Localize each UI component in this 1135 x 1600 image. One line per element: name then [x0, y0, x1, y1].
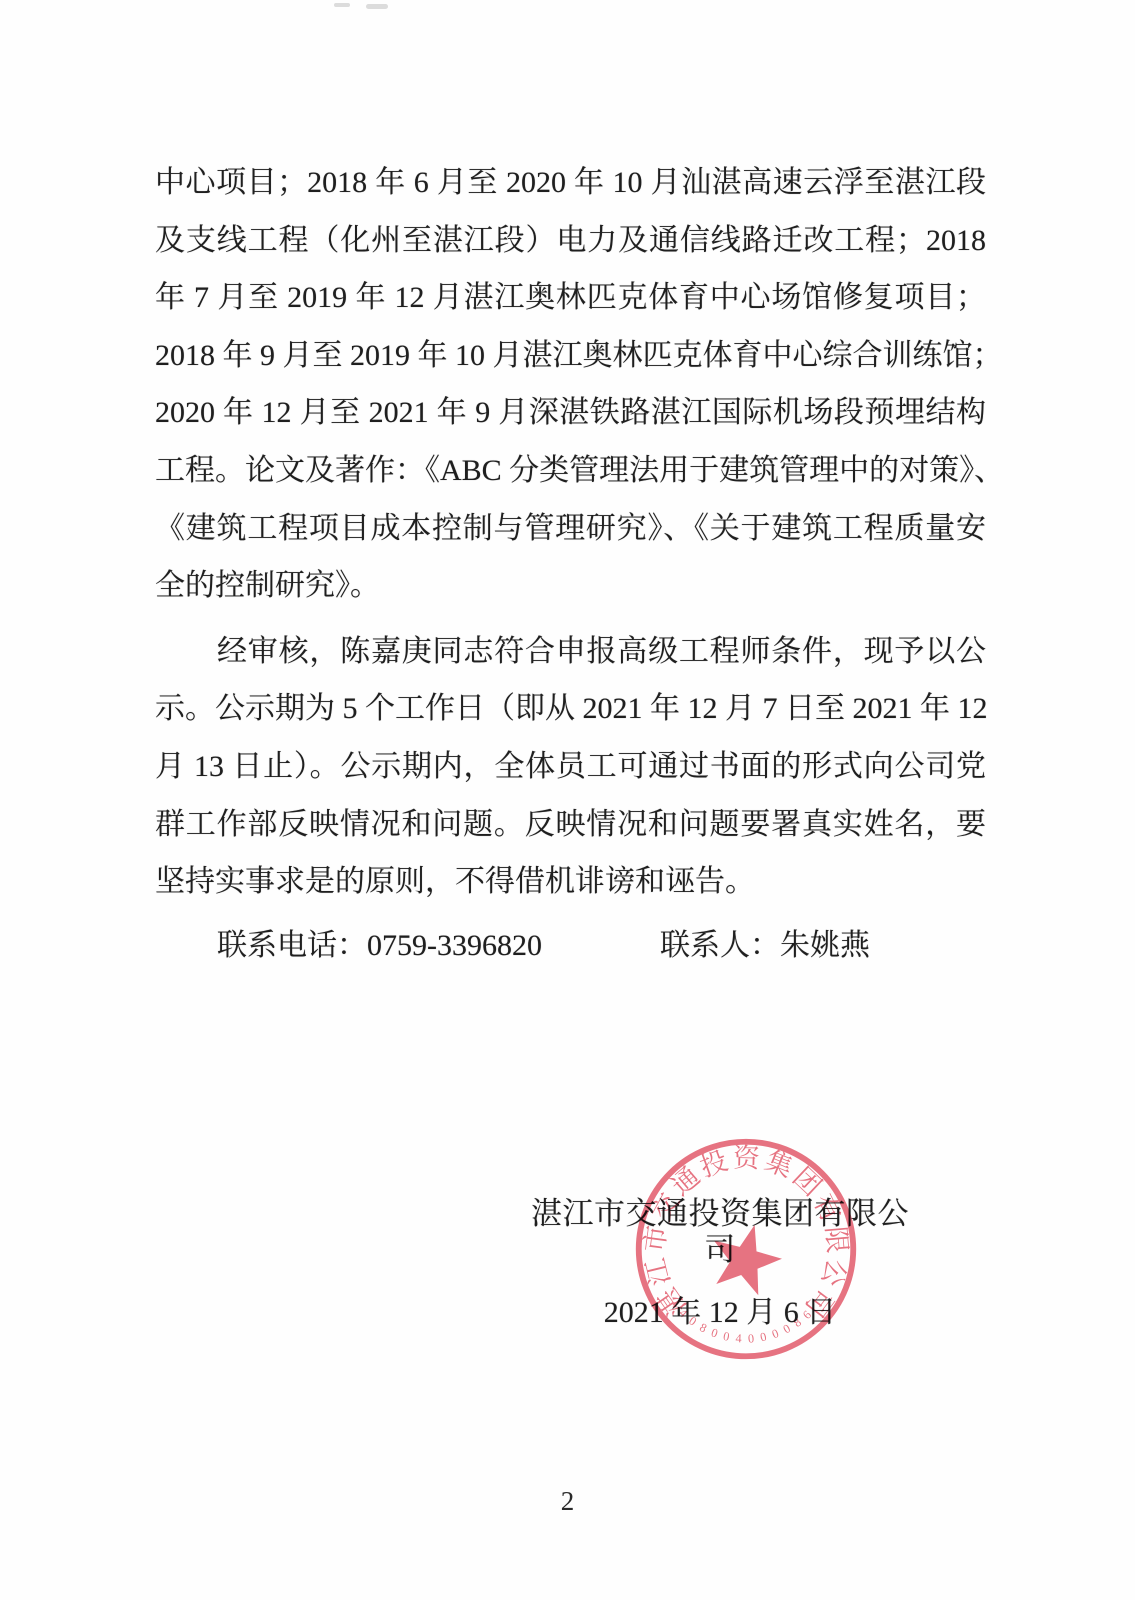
paragraph2-line: 经审核，陈嘉庚同志符合申报高级工程师条件，现予以公 [155, 623, 986, 681]
contact-phone-number: 0759-3396820 [367, 929, 542, 962]
paragraph1-line: 中心项目；2018 年 6 月至 2020 年 10 月汕湛高速云浮至湛江段 [155, 154, 986, 212]
scanned-document-page: 中心项目；2018 年 6 月至 2020 年 10 月汕湛高速云浮至湛江段 及… [0, 0, 1135, 1600]
paragraph1-line: 《建筑工程项目成本控制与管理研究》、《关于建筑工程质量安 [155, 500, 986, 558]
document-body: 中心项目；2018 年 6 月至 2020 年 10 月汕湛高速云浮至湛江段 及… [155, 154, 986, 974]
signature-company-name: 湛江市交通投资集团有限公司 [520, 1196, 920, 1268]
paragraph2-line: 坚持实事求是的原则，不得借机诽谤和诬告。 [155, 853, 986, 911]
paragraph1-line: 年 7 月至 2019 年 12 月湛江奥林匹克体育中心场馆修复项目； [155, 269, 986, 327]
paragraph2-line: 群工作部反映情况和问题。反映情况和问题要署真实姓名，要 [155, 796, 986, 854]
signature-block: 湛江市交通投资集团有限公司 2021 年 12 月 6 日 [520, 1196, 920, 1330]
contact-person-name: 朱姚燕 [780, 929, 870, 962]
scan-artifact [334, 3, 350, 7]
paragraph2-line: 示。公示期为 5 个工作日（即从 2021 年 12 月 7 日至 2021 年… [155, 680, 986, 738]
paragraph1-line: 2020 年 12 月至 2021 年 9 月深湛铁路湛江国际机场段预埋结构 [155, 384, 986, 442]
signature-date: 2021 年 12 月 6 日 [520, 1296, 920, 1330]
paragraph2-line: 月 13 日止）。公示期内，全体员工可通过书面的形式向公司党 [155, 738, 986, 796]
contact-line: 联系电话：0759-3396820联系人：朱姚燕 [155, 917, 986, 975]
page-number: 2 [0, 1486, 1135, 1517]
paragraph1-line: 2018 年 9 月至 2019 年 10 月湛江奥林匹克体育中心综合训练馆； [155, 327, 986, 385]
contact-person-label: 联系人： [660, 929, 780, 962]
scan-artifact [366, 4, 388, 9]
paragraph1-line: 全的控制研究》。 [155, 557, 986, 615]
paragraph1-line: 工程。论文及著作：《ABC 分类管理法用于建筑管理中的对策》、 [155, 442, 986, 500]
paragraph1-line: 及支线工程（化州至湛江段）电力及通信线路迁改工程；2018 [155, 212, 986, 270]
contact-phone-label: 联系电话： [217, 929, 367, 962]
